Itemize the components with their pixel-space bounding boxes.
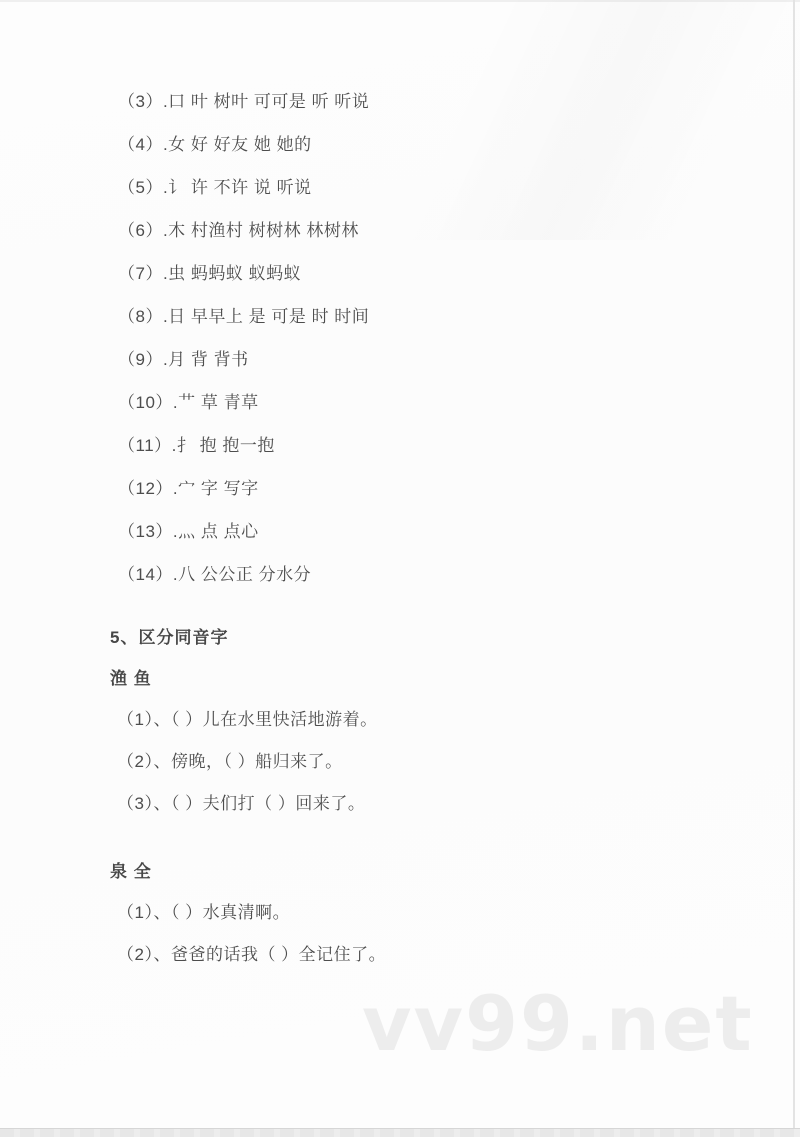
homophone-sentence: （1）、（ ）儿在水里快活地游着。 [0, 699, 800, 741]
homophone-sentence: （3）、（ ）夫们打（ ）回来了。 [0, 783, 800, 825]
radical-line-13: （13）.灬 点 点心 [0, 510, 800, 553]
homophone-sentence: （2）、爸爸的话我（ ）全记住了。 [0, 934, 800, 976]
homophone-group-quan: 泉 全 （1）、（ ）水真清啊。 （2）、爸爸的话我（ ）全记住了。 [0, 852, 800, 976]
watermark-text: vv99.net [362, 986, 754, 1062]
radical-line-12: （12）.宀 字 写字 [0, 467, 800, 510]
homophone-section: 5、区分同音字 渔 鱼 （1）、（ ）儿在水里快活地游着。 （2）、傍晚，（ ）… [0, 616, 800, 976]
radical-line-9: （9）.月 背 背书 [0, 338, 800, 381]
homophone-pair-yu: 渔 鱼 [0, 659, 800, 699]
radical-line-11: （11）.扌 抱 抱一抱 [0, 424, 800, 467]
worksheet-content: （3）.口 叶 树叶 可可是 听 听说 （4）.女 好 好友 她 她的 （5）.… [0, 0, 800, 976]
radical-line-10: （10）.艹 草 青草 [0, 381, 800, 424]
homophone-group-yu: 渔 鱼 （1）、（ ）儿在水里快活地游着。 （2）、傍晚，（ ）船归来了。 （3… [0, 659, 800, 825]
radical-line-4: （4）.女 好 好友 她 她的 [0, 123, 800, 166]
radical-line-8: （8）.日 早早上 是 可是 时 时间 [0, 295, 800, 338]
homophone-sentence: （1）、（ ）水真清啊。 [0, 892, 800, 934]
homophone-sentence: （2）、傍晚，（ ）船归来了。 [0, 741, 800, 783]
page-edge-line [793, 0, 795, 1128]
radical-word-list: （3）.口 叶 树叶 可可是 听 听说 （4）.女 好 好友 她 她的 （5）.… [0, 80, 800, 596]
radical-line-5: （5）.讠 许 不许 说 听说 [0, 166, 800, 209]
radical-line-6: （6）.木 村渔村 树树林 林树林 [0, 209, 800, 252]
radical-line-7: （7）.虫 蚂蚂蚁 蚁蚂蚁 [0, 252, 800, 295]
page-gap-strip [0, 1128, 800, 1137]
radical-line-14: （14）.八 公公正 分水分 [0, 553, 800, 596]
homophone-pair-quan: 泉 全 [0, 852, 800, 892]
worksheet-page: （3）.口 叶 树叶 可可是 听 听说 （4）.女 好 好友 她 她的 （5）.… [0, 0, 800, 1137]
homophone-heading: 5、区分同音字 [0, 616, 800, 659]
radical-line-3: （3）.口 叶 树叶 可可是 听 听说 [0, 80, 800, 123]
